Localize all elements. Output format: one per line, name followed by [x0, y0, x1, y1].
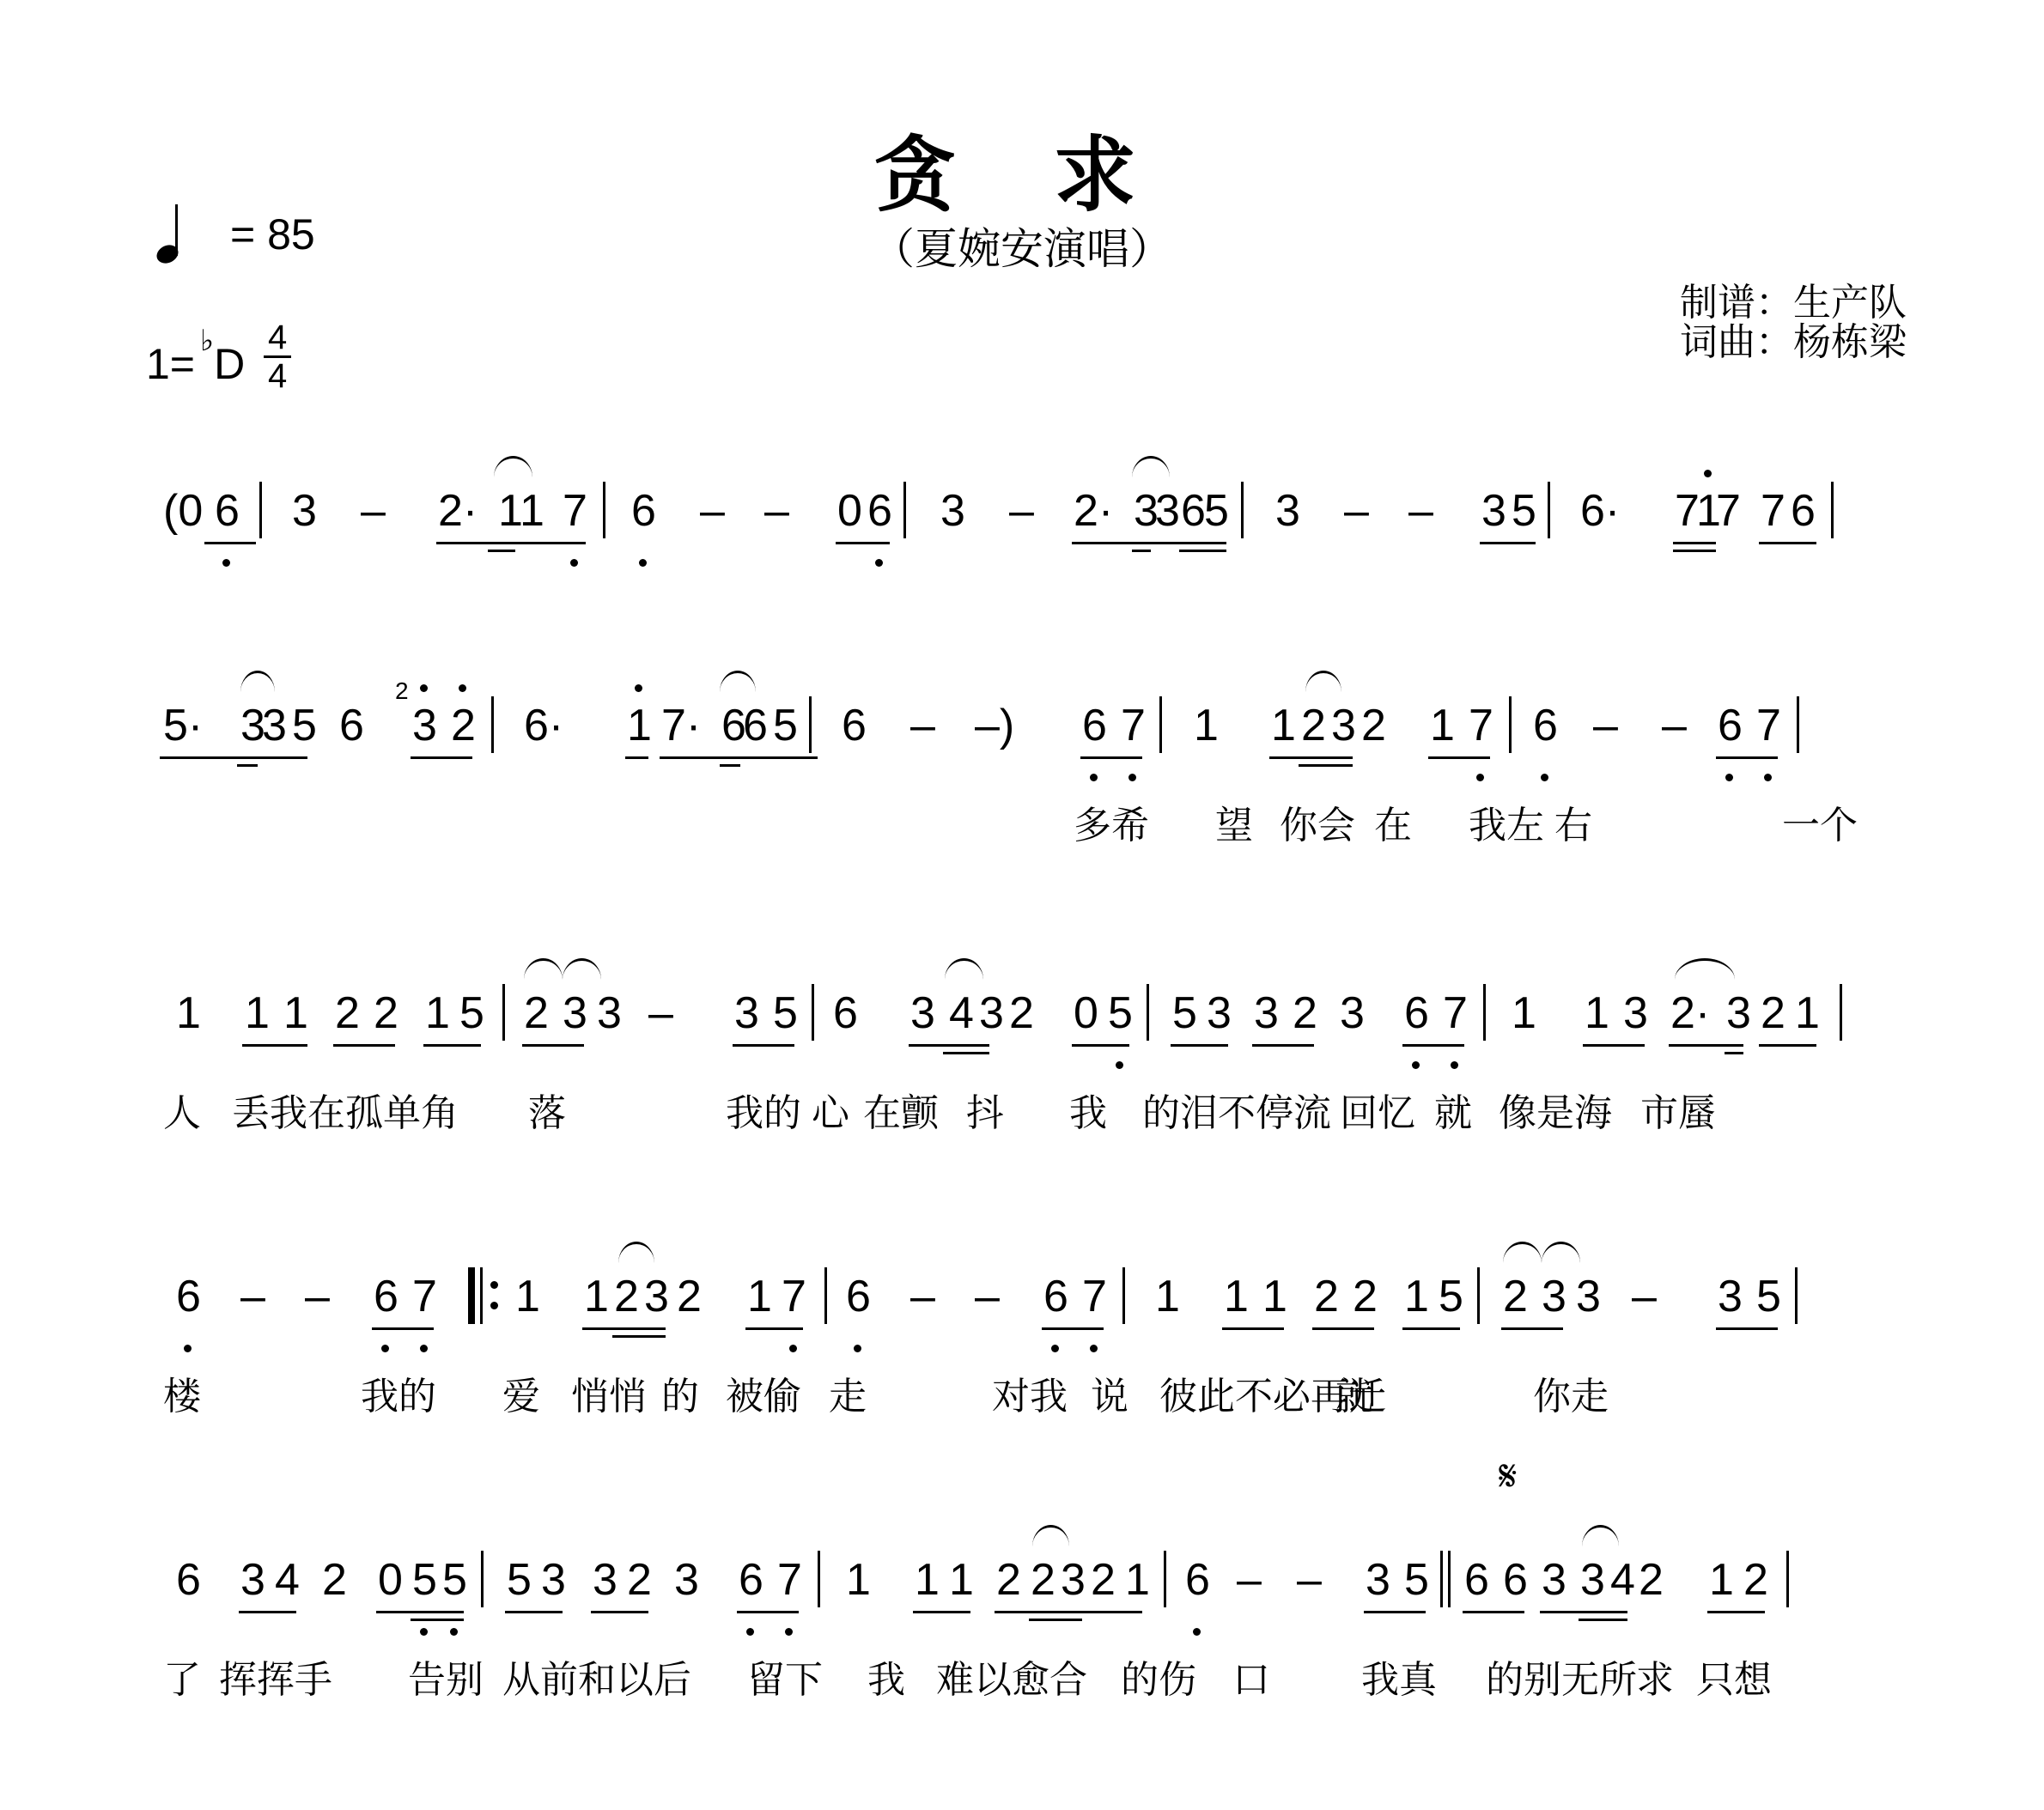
beam-underline: [660, 756, 818, 759]
beam-underline: [836, 542, 890, 544]
lyric: 走: [829, 1365, 867, 1420]
barline: [1122, 1267, 1125, 1324]
note: 1: [627, 691, 652, 760]
octave-dot-above: [1704, 470, 1712, 477]
beam-underline: [1364, 1611, 1426, 1613]
note: 2: [627, 1546, 652, 1614]
barline: [903, 482, 906, 538]
note: 6: [1791, 477, 1816, 545]
lyric: 对我: [992, 1365, 1068, 1420]
note: 1: [949, 1546, 974, 1614]
beam-underline: [1402, 1327, 1460, 1330]
note: 1: [747, 1262, 772, 1331]
note: 2: [1301, 691, 1326, 760]
note: 1: [515, 1262, 540, 1331]
barline: [1483, 984, 1486, 1041]
note: –: [1408, 477, 1433, 545]
octave-dot-below: [789, 1345, 797, 1352]
note: –: [764, 477, 789, 545]
note: 1: [1125, 1546, 1150, 1614]
barline: [812, 984, 814, 1041]
beam-underline: [1583, 1044, 1645, 1047]
note: 6: [846, 1262, 871, 1331]
note: 3: [1481, 477, 1506, 545]
note: 1: [1271, 691, 1296, 760]
tempo-value: = 85: [230, 210, 315, 259]
lyrics-line: 人丢我在孤单角落我的心在颤抖我的泪不停流回忆就像是海市蜃: [163, 1082, 1907, 1133]
note: 3: [563, 979, 587, 1048]
lyric: 我: [867, 1649, 905, 1704]
note: 3: [1580, 1546, 1605, 1614]
note: 3: [1718, 1262, 1743, 1331]
note: –: [975, 1262, 1000, 1331]
beam-underline: [1716, 756, 1778, 759]
note: 1: [245, 979, 270, 1048]
note: –: [240, 1262, 265, 1331]
double-barline: [1440, 1551, 1451, 1607]
octave-dot-below: [1476, 774, 1484, 781]
beam-underline: [411, 1619, 464, 1621]
octave-dot-below: [875, 559, 883, 567]
note: 3: [979, 979, 1004, 1048]
note: 6: [176, 1546, 201, 1614]
lyric: 留下: [747, 1649, 823, 1704]
note: 5: [773, 979, 798, 1048]
octave-dot-above: [420, 684, 428, 692]
lyric: 抖: [966, 1082, 1004, 1137]
notes-line: 1112215233–35634320553323671132·321: [163, 979, 1907, 1048]
note: 1: [520, 477, 544, 545]
lyric: 求: [1636, 1649, 1674, 1704]
note: 7: [782, 1262, 806, 1331]
beam-underline: [1179, 550, 1226, 552]
beam-underline: [612, 1335, 666, 1338]
note: 1: [1404, 1262, 1429, 1331]
lyric: 口: [1232, 1649, 1270, 1704]
lyric: 你走: [1533, 1365, 1609, 1420]
octave-dot-below: [1764, 774, 1772, 781]
slur-arc: [618, 1242, 654, 1263]
lyric: 落: [528, 1082, 566, 1137]
note: 5: [773, 691, 798, 760]
note: 5: [292, 691, 317, 760]
note: 4: [1610, 1546, 1635, 1614]
notes-line: (063–2·1176––063–2·33653––356·71776: [163, 477, 1907, 545]
beam-underline: [1428, 756, 1490, 759]
note: 6: [1185, 1546, 1210, 1614]
note: 1: [1262, 1262, 1287, 1331]
note: 2: [451, 691, 476, 760]
time-sig-top: 4: [268, 321, 287, 354]
notes-line: 6––6711232176––671112215233–35: [163, 1262, 1907, 1331]
octave-dot-below: [222, 559, 230, 567]
beam-underline: [1669, 1044, 1743, 1047]
note: –: [648, 979, 673, 1048]
beam-underline: [1080, 756, 1142, 759]
beam-underline: [1501, 1327, 1563, 1330]
key-signature: 1= ♭ D 4 4: [146, 318, 291, 389]
lyric: 楼: [163, 1365, 201, 1420]
lyric: 一个: [1782, 794, 1858, 849]
note: 3: [1542, 1546, 1566, 1614]
note: 1: [1795, 979, 1820, 1048]
note: 3: [734, 979, 759, 1048]
note: 6: [739, 1546, 763, 1614]
lyric: 的泪不停流: [1142, 1082, 1331, 1137]
beam-underline: [376, 1611, 464, 1613]
octave-dot-below: [1412, 1061, 1420, 1069]
lyric: 我的: [726, 1082, 801, 1137]
barline: [259, 482, 262, 538]
note: 1: [1585, 979, 1609, 1048]
note: 3: [1340, 979, 1365, 1048]
note: –: [305, 1262, 330, 1331]
beam-underline: [1707, 1611, 1765, 1613]
credits: 制谱：生产队 词曲：杨栋梁: [1680, 283, 1907, 362]
note: 3: [1275, 477, 1300, 545]
octave-dot-below: [1725, 774, 1733, 781]
note: 3: [940, 477, 965, 545]
lyric: 只想: [1696, 1649, 1772, 1704]
note: 6: [1082, 691, 1107, 760]
note: 3: [674, 1546, 699, 1614]
note: 1: [1155, 1262, 1180, 1331]
lyric: 右: [1554, 794, 1592, 849]
note: 6: [1533, 691, 1558, 760]
note: –: [1593, 691, 1618, 760]
barline: [1548, 482, 1550, 538]
slur-arc: [524, 958, 563, 980]
note: –: [1237, 1546, 1262, 1614]
beam-underline: [1042, 1327, 1104, 1330]
note: –: [1297, 1546, 1322, 1614]
note: 6: [1043, 1262, 1068, 1331]
note: 1: [176, 979, 201, 1048]
note: 2: [1361, 691, 1386, 760]
note: 0: [837, 477, 862, 545]
note: 2: [524, 979, 549, 1048]
note: 3: [1207, 979, 1232, 1048]
beam-underline: [1132, 550, 1151, 552]
beam-underline: [733, 1044, 794, 1047]
note: 3: [262, 691, 287, 760]
note: 4: [275, 1546, 300, 1614]
note: 7: [1082, 1262, 1107, 1331]
repeat-dot: [490, 1281, 498, 1289]
note: 5: [459, 979, 484, 1048]
note: 1: [1709, 1546, 1734, 1614]
note: 2: [614, 1262, 639, 1331]
note: 6: [833, 979, 858, 1048]
beam-underline: [1312, 1327, 1374, 1330]
barline: [1147, 984, 1149, 1041]
slur-arc: [494, 456, 532, 477]
note: 5: [1512, 477, 1536, 545]
note: –): [975, 691, 1014, 760]
beam-underline: [1299, 764, 1353, 767]
key-letter: D: [214, 339, 245, 389]
lyric: 难以愈合: [936, 1649, 1087, 1704]
lyric: 挥挥手: [219, 1649, 332, 1704]
beam-underline: [1171, 1044, 1228, 1047]
beam-underline: [1540, 1611, 1627, 1613]
segno-icon: 𝄋: [1499, 1451, 1518, 1502]
beam-underline: [745, 1327, 803, 1330]
note: 3: [412, 691, 437, 760]
note: 1: [1512, 979, 1536, 1048]
credit-arranger: 制谱：生产队: [1680, 283, 1907, 323]
slur-arc: [720, 671, 756, 692]
note: 6: [842, 691, 867, 760]
lyric: 在颤: [863, 1082, 939, 1137]
credit-lyrics-music: 词曲：杨栋梁: [1680, 323, 1907, 362]
note: 3: [292, 477, 317, 545]
octave-dot-below: [785, 1628, 793, 1636]
beam-underline: [1759, 1044, 1816, 1047]
beam-underline: [372, 1327, 434, 1330]
barline: [1477, 1267, 1480, 1324]
beam-underline: [1759, 542, 1816, 544]
lyric: 人: [163, 1082, 201, 1137]
note: 6: [215, 477, 240, 545]
note: 6: [1718, 691, 1743, 760]
note: 1: [584, 1262, 609, 1331]
note: 5: [1108, 979, 1133, 1048]
key-prefix: 1=: [146, 339, 195, 389]
note: 7: [1761, 477, 1785, 545]
note: 1: [1224, 1262, 1249, 1331]
note: 6·: [1580, 477, 1620, 545]
beam-underline: [1725, 1052, 1743, 1054]
octave-dot-above: [459, 684, 466, 692]
note: –: [1632, 1262, 1657, 1331]
beam-underline: [1480, 542, 1536, 544]
note: 7: [563, 477, 587, 545]
barline: [1159, 696, 1162, 753]
note: 3: [1061, 1546, 1086, 1614]
beam-underline: [1252, 1044, 1314, 1047]
slur-arc: [563, 958, 601, 980]
slur-arc: [1132, 456, 1170, 477]
beam-underline: [1673, 542, 1716, 544]
barline: [1786, 1551, 1789, 1607]
time-sig-bottom: 4: [268, 360, 287, 392]
lyrics-line: [163, 580, 1907, 631]
note: 3: [644, 1262, 669, 1331]
note: 1: [915, 1546, 940, 1614]
beam-underline: [204, 542, 256, 544]
note: 6: [176, 1262, 201, 1331]
lyric: 了: [163, 1649, 201, 1704]
note: –: [361, 477, 386, 545]
grace-note: 2: [395, 657, 409, 726]
lyric: 心: [812, 1082, 849, 1137]
lyric: 我的: [361, 1365, 436, 1420]
octave-dot-below: [1128, 774, 1136, 781]
lyric: 就: [1434, 1082, 1472, 1137]
beam-underline: [995, 1611, 1142, 1613]
note: 7: [777, 1546, 802, 1614]
beam-underline: [591, 1611, 648, 1613]
note: 6: [631, 477, 656, 545]
beam-underline: [1072, 1044, 1129, 1047]
barline: [1831, 482, 1834, 538]
note: 2: [1314, 1262, 1339, 1331]
slur-arc: [1305, 671, 1341, 692]
time-signature: 4 4: [264, 321, 291, 392]
lyric: 的: [661, 1365, 699, 1420]
note: 3: [1366, 1546, 1390, 1614]
note: 5: [442, 1546, 467, 1614]
note: 3: [1254, 979, 1279, 1048]
lyric: 就: [1335, 1365, 1373, 1420]
note: 1: [425, 979, 450, 1048]
note: 2: [1761, 979, 1785, 1048]
barline: [824, 1267, 827, 1324]
notes-line: 63420555332367111223216––3566334212𝄋: [163, 1546, 1907, 1614]
note: 3: [1331, 691, 1356, 760]
beam-underline: [1716, 1327, 1778, 1330]
note: 7: [1443, 979, 1468, 1048]
note: 6: [867, 477, 892, 545]
beam-underline: [1222, 1327, 1284, 1330]
octave-dot-below: [570, 559, 578, 567]
lyric: 丢我在孤单角: [232, 1082, 459, 1137]
beam-underline: [625, 756, 648, 759]
note: 2: [1031, 1546, 1055, 1614]
slur-arc: [1582, 1525, 1619, 1546]
octave-dot-below: [1541, 774, 1548, 781]
repeat-start-thick: [468, 1267, 475, 1324]
lyric: 我左: [1469, 794, 1544, 849]
beam-underline: [237, 764, 258, 767]
note: 2: [1091, 1546, 1116, 1614]
note: 3: [593, 1546, 617, 1614]
note: 7: [1469, 691, 1493, 760]
barline: [1241, 482, 1244, 538]
beam-underline: [913, 1611, 970, 1613]
lyric: 悄悄: [571, 1365, 647, 1420]
lyric: 告别: [408, 1649, 484, 1704]
lyric: 像是海: [1499, 1082, 1612, 1137]
beam-underline: [436, 542, 586, 544]
note: 2: [374, 979, 398, 1048]
note: 7: [1121, 691, 1146, 760]
beam-underline: [333, 1044, 395, 1047]
barline: [1164, 1551, 1166, 1607]
note: 3: [541, 1546, 566, 1614]
note: 3: [1155, 477, 1180, 545]
slur-arc: [1675, 958, 1735, 980]
note: 3: [1726, 979, 1751, 1048]
beam-underline: [1269, 756, 1353, 759]
note: 2: [1009, 979, 1034, 1048]
octave-dot-below: [450, 1628, 458, 1636]
lyric: 说: [1091, 1365, 1128, 1420]
barline: [603, 482, 605, 538]
octave-dot-below: [381, 1345, 389, 1352]
barline: [1795, 1267, 1798, 1324]
note: 2: [1293, 979, 1317, 1048]
octave-dot-below: [1090, 1345, 1098, 1352]
note: –: [700, 477, 725, 545]
notes-line: 5·3356326·17·6656––)6711232176––672: [163, 691, 1907, 760]
beam-underline: [160, 756, 307, 759]
note: –: [1662, 691, 1687, 760]
note: 3: [240, 1546, 265, 1614]
lyric: 的伤: [1121, 1649, 1196, 1704]
note: 5·: [163, 691, 203, 760]
beam-underline: [488, 550, 515, 552]
octave-dot-below: [1193, 1628, 1201, 1636]
note: 2: [322, 1546, 347, 1614]
octave-dot-below: [420, 1628, 428, 1636]
note: 3: [1542, 1262, 1566, 1331]
note: 4: [949, 979, 974, 1048]
note: 0: [378, 1546, 403, 1614]
note: 1: [846, 1546, 871, 1614]
beam-underline: [909, 1044, 989, 1047]
note: 6: [374, 1262, 398, 1331]
note: 0: [1074, 979, 1098, 1048]
lyric: 我真: [1361, 1649, 1437, 1704]
beam-underline: [522, 1044, 584, 1047]
note: 5: [507, 1546, 532, 1614]
beam-underline: [242, 1044, 307, 1047]
note: 1: [283, 979, 308, 1048]
slur-arc: [1503, 1242, 1542, 1263]
note: 2: [1353, 1262, 1378, 1331]
note: 7: [1756, 691, 1781, 760]
beam-underline: [1463, 1611, 1524, 1613]
note: 2: [1639, 1546, 1664, 1614]
lyric: 从前和以后: [502, 1649, 691, 1704]
lyric: 多希: [1074, 794, 1149, 849]
lyric: 在: [1374, 794, 1412, 849]
lyrics-line: 楼我的爱悄悄的被偷走对我说彼此不必再迁就你走: [163, 1365, 1907, 1417]
note: –: [1009, 477, 1034, 545]
note: –: [1344, 477, 1369, 545]
beam-underline: [1402, 1044, 1464, 1047]
octave-dot-below: [1051, 1345, 1059, 1352]
quarter-note-icon: [155, 206, 206, 263]
barline: [809, 696, 812, 753]
beam-underline: [1072, 542, 1226, 544]
slur-arc: [240, 671, 275, 692]
lyric: 望: [1215, 794, 1253, 849]
note: 2: [996, 1546, 1021, 1614]
note: 5: [1439, 1262, 1463, 1331]
note: 5: [1172, 979, 1197, 1048]
note: 5: [1404, 1546, 1429, 1614]
lyric: 被偷: [726, 1365, 801, 1420]
octave-dot-below: [746, 1628, 754, 1636]
beam-underline: [1673, 550, 1716, 552]
octave-dot-below: [1116, 1061, 1123, 1069]
lyric: 爱: [502, 1365, 540, 1420]
beam-underline: [239, 1611, 296, 1613]
beam-underline: [720, 764, 740, 767]
flat-icon: ♭: [200, 324, 214, 358]
lyrics-line: 多希望你会在我左右一个: [163, 794, 1907, 846]
slur-arc: [1032, 1525, 1069, 1546]
lyric: 回忆: [1340, 1082, 1415, 1137]
beam-underline: [943, 1052, 989, 1054]
note: 5: [1756, 1262, 1781, 1331]
beam-underline: [582, 1327, 666, 1330]
slur-arc: [1542, 1242, 1580, 1263]
barline: [1840, 984, 1842, 1041]
